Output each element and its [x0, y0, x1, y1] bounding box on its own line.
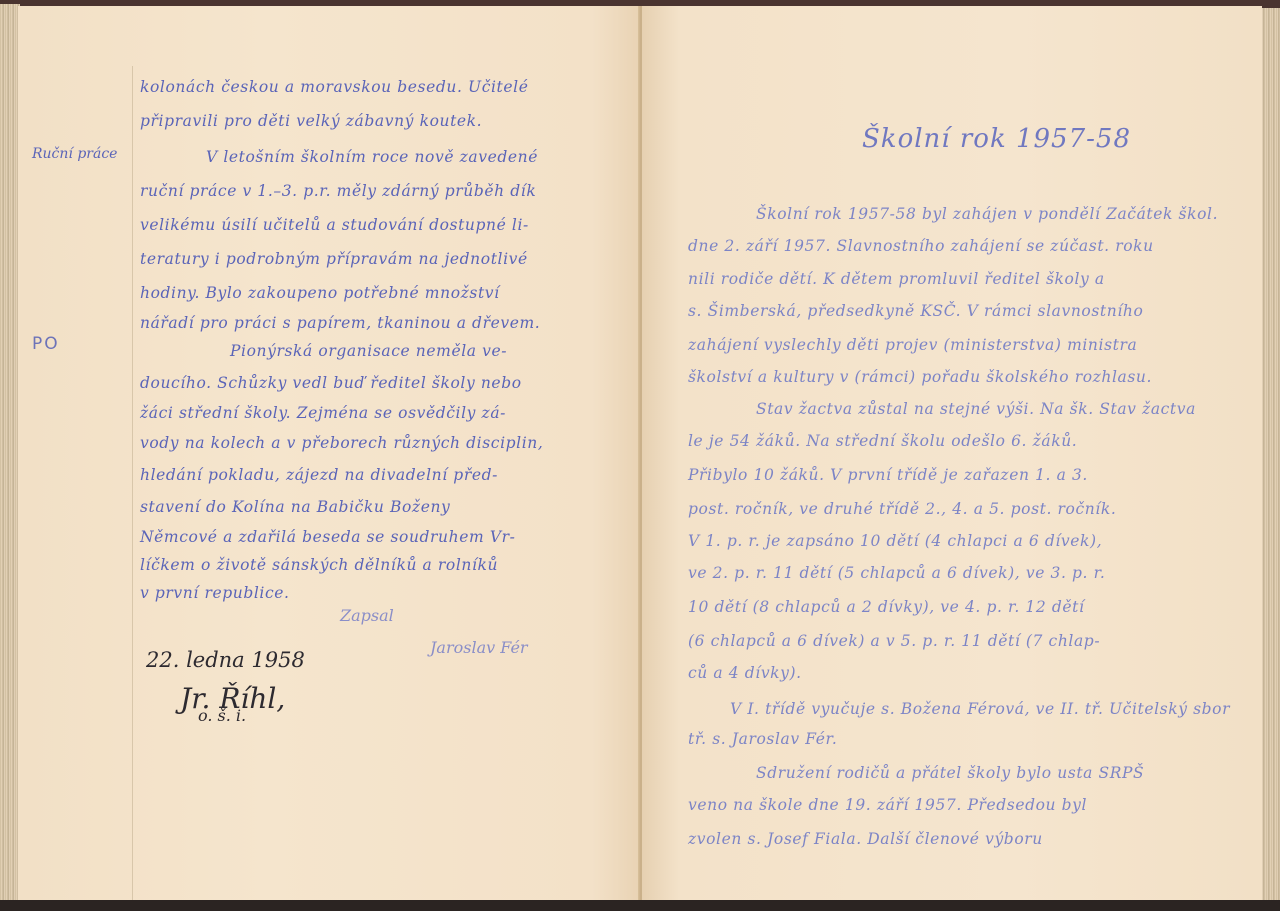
section-title: Školní rok 1957-58: [862, 124, 1131, 154]
approval-date: 22. ledna 1958: [146, 648, 305, 672]
text-line: Školní rok 1957-58 byl zahájen v pondělí…: [756, 205, 1218, 223]
margin-note-rucni-prace: Ruční práce: [32, 146, 117, 162]
text-line: zahájení vyslechly děti projev (minister…: [688, 336, 1137, 354]
page-stack-left: [0, 4, 20, 902]
text-line: veno na škole dne 19. září 1957. Předsed…: [688, 796, 1087, 814]
text-line: zvolen s. Josef Fiala. Další členové výb…: [688, 830, 1043, 848]
text-line: Pionýrská organisace neměla ve-: [230, 342, 507, 360]
text-line: ců a 4 dívky).: [688, 664, 802, 682]
text-line: s. Šimberská, předsedkyně KSČ. V rámci s…: [688, 302, 1143, 320]
text-line: 10 dětí (8 chlapců a 2 dívky), ve 4. p. …: [688, 598, 1085, 616]
inspector-title: o. š. i.: [198, 706, 246, 725]
text-line: hodiny. Bylo zakoupeno potřebné množství: [140, 284, 500, 302]
text-line: le je 54 žáků. Na střední školu odešlo 6…: [688, 432, 1077, 450]
text-line: stavení do Kolína na Babičku Boženy: [140, 498, 450, 516]
text-line: školství a kultury v (rámci) pořadu škol…: [688, 368, 1152, 386]
text-line: ve 2. p. r. 11 dětí (5 chlapců a 6 dívek…: [688, 564, 1105, 582]
text-line: Stav žactva zůstal na stejné výši. Na šk…: [756, 400, 1196, 418]
margin-rule: [132, 66, 133, 902]
text-line: V I. třídě vyučuje s. Božena Férová, ve …: [730, 700, 1230, 718]
text-line: Sdružení rodičů a přátel školy bylo usta…: [756, 764, 1144, 782]
text-line: ruční práce v 1.–3. p.r. měly zdárný prů…: [140, 182, 536, 200]
recorder-name: Jaroslav Fér: [430, 638, 528, 657]
text-line: nářadí pro práci s papírem, tkaninou a d…: [140, 314, 540, 332]
text-line: nili rodiče dětí. K dětem promluvil ředi…: [688, 270, 1105, 288]
text-line: teratury i podrobným přípravám na jednot…: [140, 250, 528, 268]
text-line: V letošním školním roce nově zavedené: [206, 148, 538, 166]
page-stack-right: [1262, 8, 1280, 902]
recorded-by-label: Zapsal: [340, 606, 394, 625]
text-line: Němcové a zdařilá beseda se soudruhem Vr…: [140, 528, 515, 546]
text-line: líčkem o životě sánských dělníků a rolní…: [140, 556, 498, 574]
text-line: (6 chlapců a 6 dívek) a v 5. p. r. 11 dě…: [688, 632, 1100, 650]
text-line: vody na kolech a v přeborech různých dis…: [140, 434, 543, 452]
text-line: doucího. Schůzky vedl buď ředitel školy …: [140, 374, 522, 392]
margin-note-po: PO: [32, 334, 60, 354]
text-line: dne 2. září 1957. Slavnostního zahájení …: [688, 237, 1154, 255]
text-line: žáci střední školy. Zejména se osvědčily…: [140, 404, 506, 422]
text-line: v první republice.: [140, 584, 290, 602]
text-line: V 1. p. r. je zapsáno 10 dětí (4 chlapci…: [688, 532, 1102, 550]
left-page: [18, 6, 642, 902]
text-line: tř. s. Jaroslav Fér.: [688, 730, 837, 748]
text-line: hledání pokladu, zájezd na divadelní pře…: [140, 466, 498, 484]
book-bottom-edge: [0, 900, 1280, 911]
text-line: kolonách českou a moravskou besedu. Učit…: [140, 78, 528, 96]
text-line: post. ročník, ve druhé třídě 2., 4. a 5.…: [688, 500, 1116, 518]
text-line: velikému úsilí učitelů a studování dostu…: [140, 216, 529, 234]
text-line: připravili pro děti velký zábavný koutek…: [140, 112, 482, 130]
text-line: Přibylo 10 žáků. V první třídě je zařaze…: [688, 466, 1088, 484]
open-book: Ruční práce PO kolonách českou a moravsk…: [0, 0, 1280, 911]
